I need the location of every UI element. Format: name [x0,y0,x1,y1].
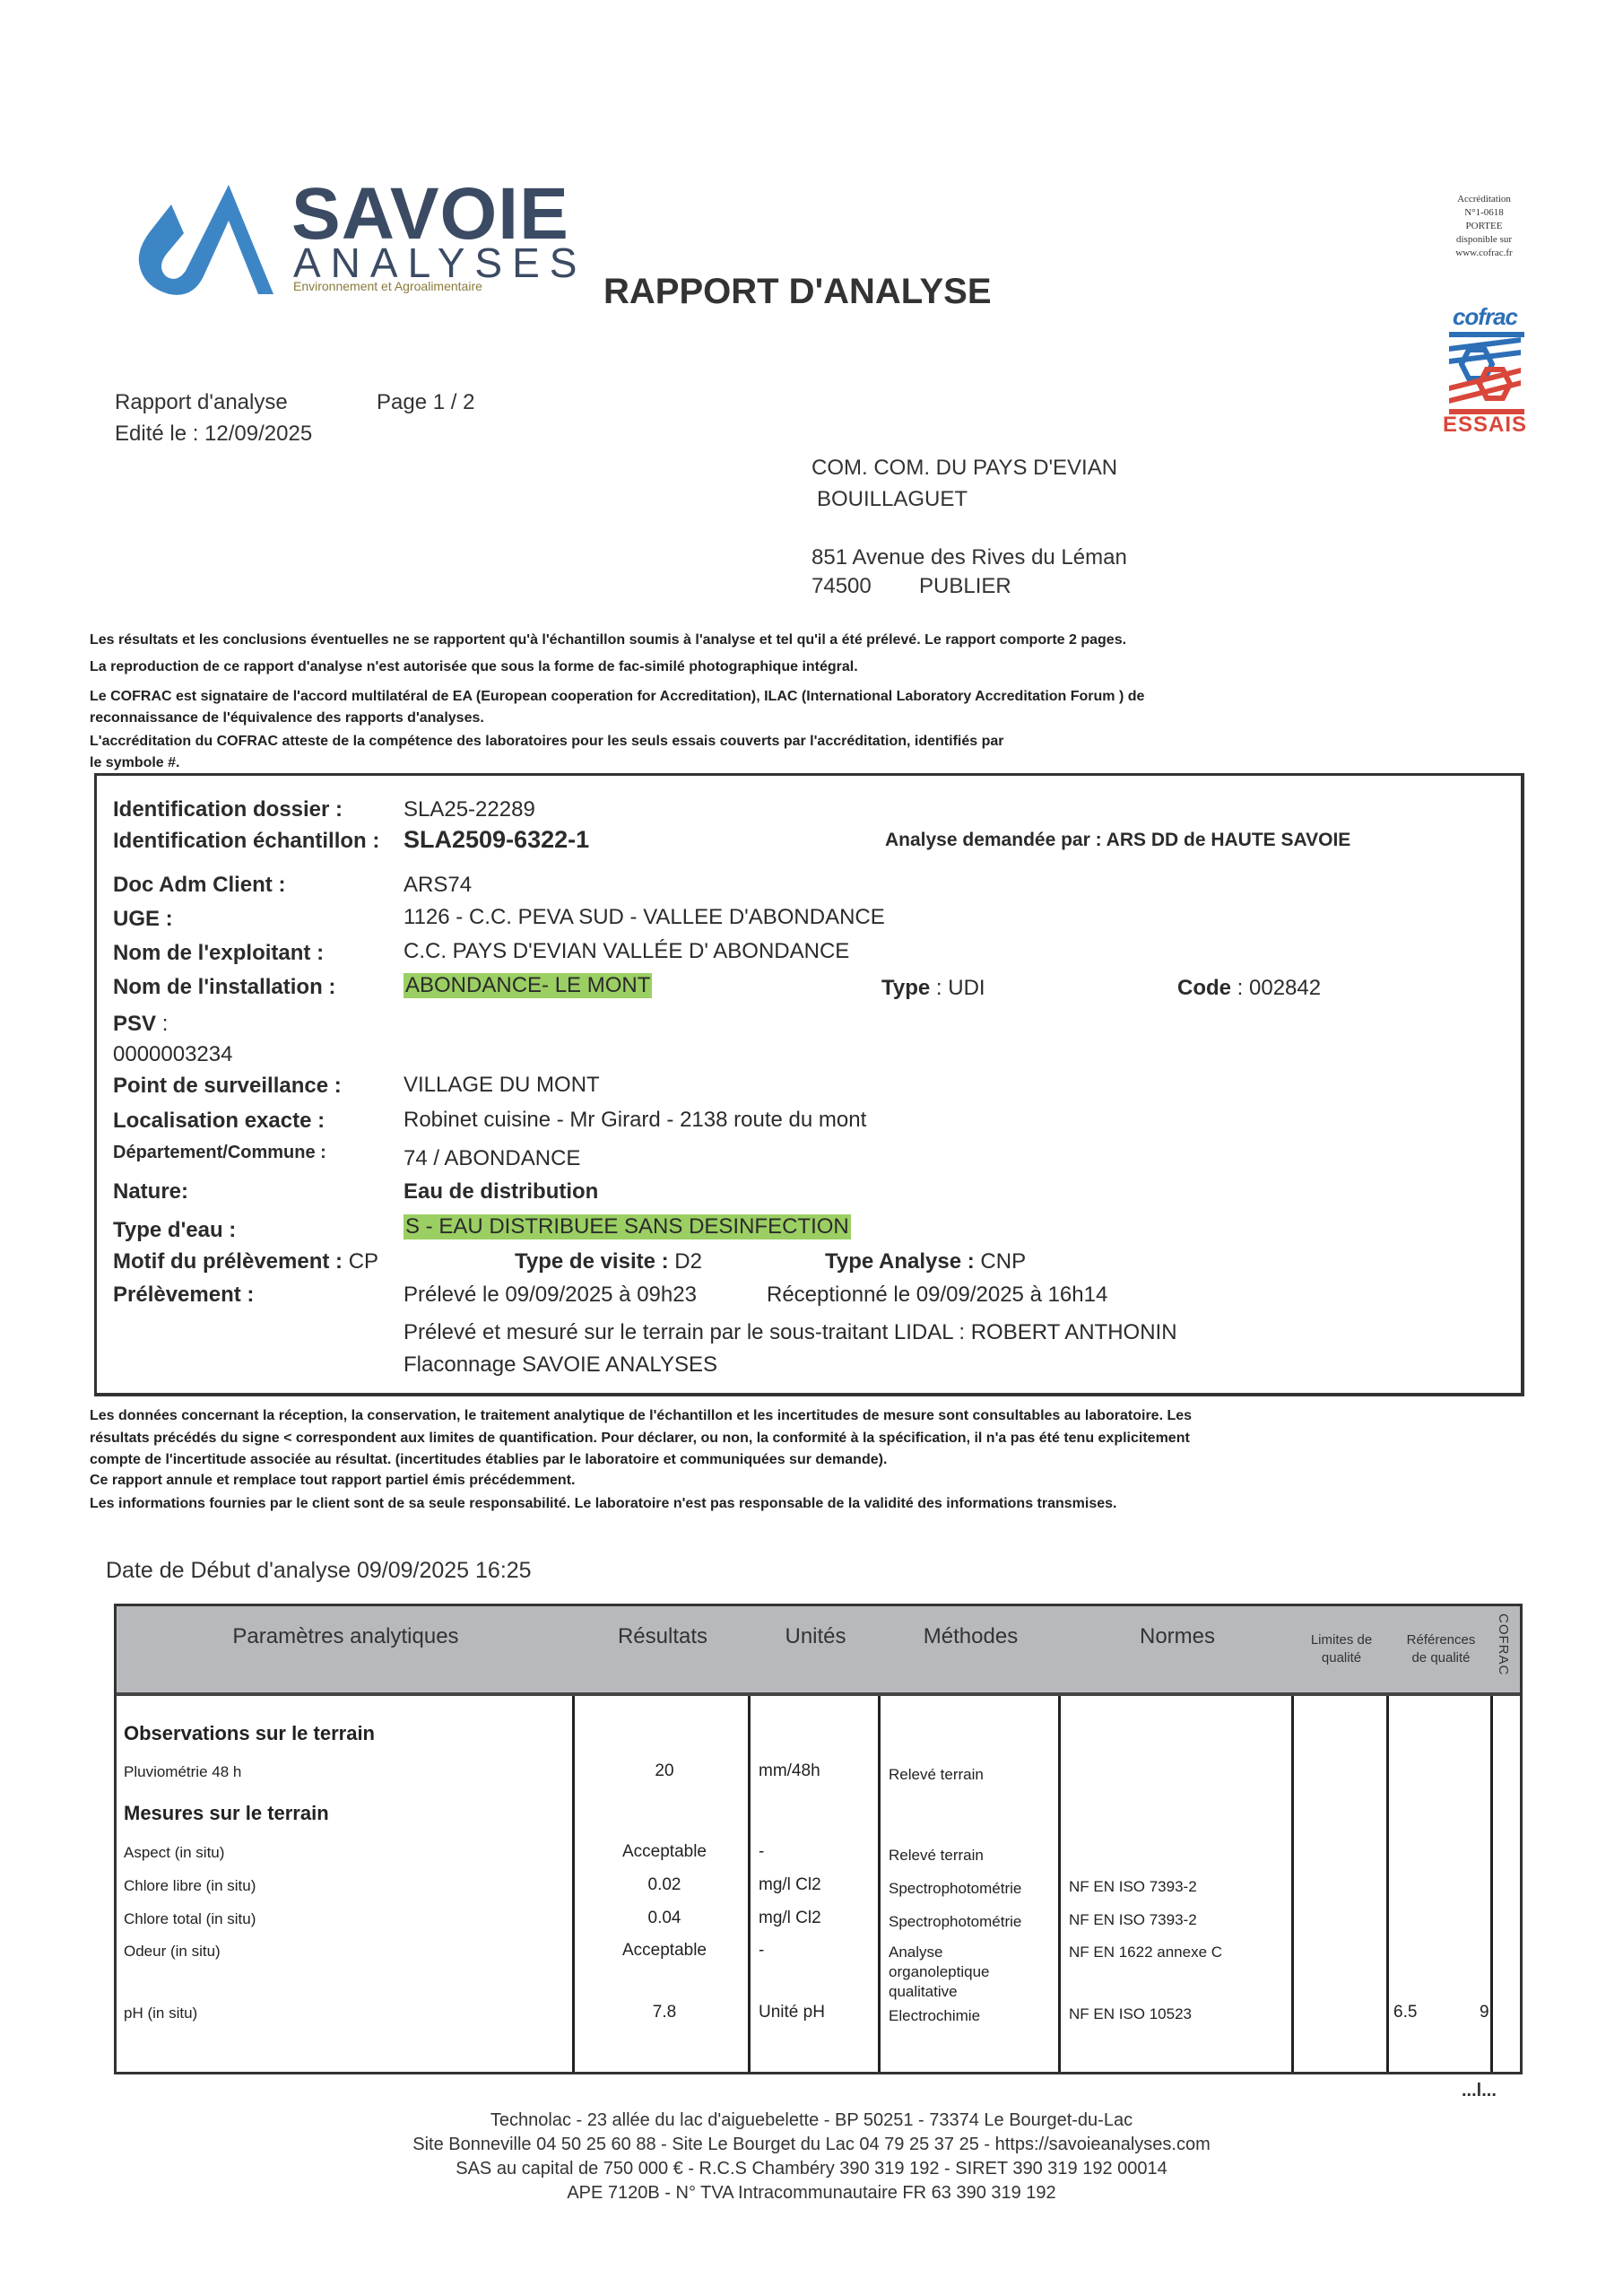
method-value: qualitative [889,1983,958,2001]
norm-value: NF EN 1622 annexe C [1069,1944,1222,1961]
table-body: Observations sur le terrainPluviométrie … [117,1606,1520,2072]
unit-value: - [759,1842,764,1862]
sample-id: SLA2509-6322-1 [404,826,589,854]
footer-line: Technolac - 23 allée du lac d'aiguebelet… [0,2110,1623,2131]
sampler-info: Prélevé et mesuré sur le terrain par le … [404,1320,1177,1345]
recipient-street: 851 Avenue des Rives du Léman [811,545,1127,570]
page-title: RAPPORT D'ANALYSE [603,272,992,312]
psv-field: PSV : [113,1012,168,1037]
localisation-label: Localisation exacte : [113,1109,325,1134]
accreditation-line: disponible sur [1435,233,1533,247]
nature-value: Eau de distribution [404,1179,598,1205]
unit-value: - [759,1941,764,1961]
surveillance-value: VILLAGE DU MONT [404,1073,600,1098]
param-name: Chlore libre (in situ) [124,1877,256,1895]
accreditation-line: PORTEE [1435,220,1533,233]
cofrac-essais-logo: cofrac ESSAIS [1442,303,1528,438]
param-name: Chlore total (in situ) [124,1910,256,1928]
page-number: Page 1 / 2 [377,390,474,415]
report-label: Rapport d'analyse [115,390,288,415]
uge-value: 1126 - C.C. PEVA SUD - VALLEE D'ABONDANC… [404,905,885,930]
norm-value: NF EN ISO 7393-2 [1069,1911,1197,1929]
type-label: Type [881,976,930,1000]
cofrac-wordmark: cofrac [1442,303,1528,331]
commune-label: Département/Commune : [113,1143,326,1163]
code-field: Code : 002842 [1177,976,1321,1001]
norm-value: NF EN ISO 10523 [1069,2005,1192,2023]
water-type-label: Type d'eau : [113,1218,236,1243]
code-label: Code [1177,976,1231,1000]
accreditation-line: Accréditation [1435,193,1533,206]
sample-id-label: Identification échantillon : [113,829,379,854]
method-value: Electrochimie [889,2007,980,2025]
brand-subtitle: ANALYSES [293,242,586,283]
bottling-info: Flaconnage SAVOIE ANALYSES [404,1352,717,1378]
accreditation-link: www.cofrac.fr [1435,247,1533,260]
disclaimer-line: compte de l'incertitude associée au résu… [90,1452,887,1468]
type-value: : UDI [930,976,985,1000]
disclaimer-line: Les données concernant la réception, la … [90,1408,1192,1424]
method-value: Relevé terrain [889,1847,984,1865]
section-title: Mesures sur le terrain [124,1802,329,1825]
commune-value: 74 / ABONDANCE [404,1146,580,1171]
savoie-analyses-logo: SAVOIE ANALYSES Environnement et Agroali… [130,178,542,312]
footer-line: Site Bonneville 04 50 25 60 88 - Site Le… [0,2135,1623,2155]
method-value: Spectrophotométrie [889,1880,1021,1898]
mountain-drop-icon [130,178,291,303]
psv-colon: : [156,1012,168,1036]
footer-line: SAS au capital de 750 000 € - R.C.S Cham… [0,2159,1623,2179]
method-value: organoleptique [889,1963,989,1981]
essais-wordmark: ESSAIS [1442,413,1528,438]
visit-type-field: Type de visite : D2 [515,1249,702,1274]
edited-date: Edité le : 12/09/2025 [115,422,312,447]
uge-label: UGE : [113,907,173,932]
code-value: : 002842 [1231,976,1321,1000]
doc-adm-value: ARS74 [404,873,472,898]
norm-value: NF EN ISO 7393-2 [1069,1878,1197,1896]
result-value: Acceptable [575,1842,754,1862]
exploitant-label: Nom de l'exploitant : [113,941,324,966]
reference-min: 6.5 [1393,2003,1417,2022]
result-value: 7.8 [575,2003,754,2022]
disclaimer-line: Le COFRAC est signataire de l'accord mul… [90,689,1144,705]
method-value: Relevé terrain [889,1766,984,1784]
result-value: 0.02 [575,1875,754,1895]
continuation-mark: ...l... [1462,2081,1497,2101]
recipient-contact: BOUILLAGUET [817,487,968,512]
water-type-value: S - EAU DISTRIBUEE SANS DESINFECTION [404,1214,851,1239]
motif-field: Motif du prélèvement : CP [113,1249,378,1274]
section-title: Observations sur le terrain [124,1722,375,1745]
motif-value: CP [343,1249,378,1274]
analysis-type-field: Type Analyse : CNP [825,1249,1026,1274]
recipient-postcode: 74500 [811,574,872,599]
result-value: 0.04 [575,1909,754,1928]
param-name: pH (in situ) [124,2005,197,2022]
recipient-city: PUBLIER [919,574,1011,599]
psv-value: 0000003234 [113,1042,232,1067]
analysis-type-label: Type Analyse : [825,1249,975,1274]
hexagon-stripes-icon [1442,330,1528,420]
dossier-id: SLA25-22289 [404,797,535,822]
visit-type-label: Type de visite : [515,1249,669,1274]
installation-label: Nom de l'installation : [113,975,335,1000]
requested-by: Analyse demandée par : ARS DD de HAUTE S… [885,830,1350,851]
results-table: Paramètres analytiques Résultats Unités … [114,1604,1523,2074]
method-value: Analyse [889,1944,942,1961]
analysis-start-date: Date de Début d'analyse 09/09/2025 16:25 [106,1558,532,1584]
disclaimer-line: L'accréditation du COFRAC atteste de la … [90,734,1003,750]
localisation-value: Robinet cuisine - Mr Girard - 2138 route… [404,1108,866,1133]
disclaimer-line: Ce rapport annule et remplace tout rappo… [90,1473,575,1489]
accreditation-line: N°1-0618 [1435,206,1533,220]
prelevement-label: Prélèvement : [113,1283,254,1308]
disclaimer-line: La reproduction de ce rapport d'analyse … [90,659,858,675]
recipient-name: COM. COM. DU PAYS D'EVIAN [811,456,1117,481]
psv-label: PSV [113,1012,156,1036]
unit-value: mg/l Cl2 [759,1875,821,1895]
unit-value: mg/l Cl2 [759,1909,821,1928]
disclaimer-line: le symbole #. [90,755,180,771]
param-name: Odeur (in situ) [124,1943,221,1961]
unit-value: mm/48h [759,1761,820,1781]
accreditation-note: Accréditation N°1-0618 PORTEE disponible… [1435,193,1533,260]
analysis-type-value: CNP [975,1249,1026,1274]
method-value: Spectrophotométrie [889,1913,1021,1931]
unit-value: Unité pH [759,2003,825,2022]
disclaimer-line: résultats précédés du signe < correspond… [90,1431,1190,1447]
brand-tagline: Environnement et Agroalimentaire [293,280,482,292]
type-field: Type : UDI [881,976,985,1001]
received-at: Réceptionné le 09/09/2025 à 16h14 [767,1283,1107,1308]
doc-adm-label: Doc Adm Client : [113,873,285,898]
disclaimer-line: reconnaissance de l'équivalence des rapp… [90,710,484,726]
visit-type-value: D2 [669,1249,702,1274]
result-value: 20 [575,1761,754,1781]
exploitant-value: C.C. PAYS D'EVIAN VALLÉE D' ABONDANCE [404,939,849,964]
motif-label: Motif du prélèvement : [113,1249,343,1274]
installation-value: ABONDANCE- LE MONT [404,973,652,998]
sampled-at: Prélevé le 09/09/2025 à 09h23 [404,1283,697,1308]
footer-line: APE 7120B - N° TVA Intracommunautaire FR… [0,2183,1623,2204]
surveillance-label: Point de surveillance : [113,1074,342,1099]
reference-max: 9 [1480,2003,1489,2022]
param-name: Pluviométrie 48 h [124,1763,241,1781]
disclaimer-line: Les résultats et les conclusions éventue… [90,632,1126,648]
param-name: Aspect (in situ) [124,1844,224,1862]
nature-label: Nature: [113,1179,188,1205]
dossier-label: Identification dossier : [113,797,343,822]
disclaimer-line: Les informations fournies par le client … [90,1496,1116,1512]
result-value: Acceptable [575,1941,754,1961]
